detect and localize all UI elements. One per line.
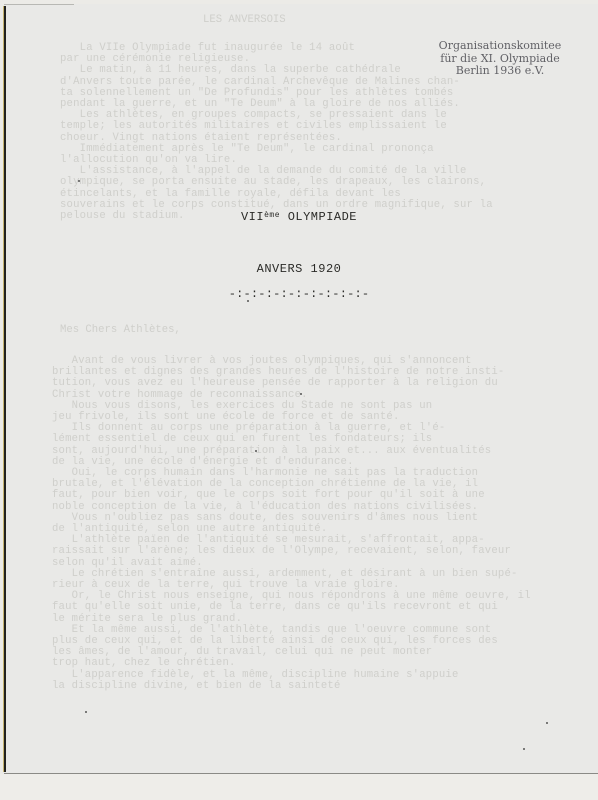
separator-line: -:-:-:-:-:-:-:-:-:-: [0, 287, 598, 301]
city-year: ANVERS 1920: [0, 262, 598, 276]
stamp-line-1: Organisationskomitee: [425, 40, 575, 53]
dust-speck: [85, 711, 87, 713]
title-word: OLYMPIADE: [280, 210, 357, 224]
dust-speck: [78, 180, 80, 182]
show-through-salutation: Mes Chers Athlètes,: [60, 324, 181, 336]
title-numeral: VII: [241, 210, 264, 224]
dust-speck: [523, 748, 525, 750]
dust-speck: [255, 450, 257, 452]
title-ordinal: ème: [264, 211, 280, 220]
dust-speck: [247, 300, 249, 302]
page-top-edge: [4, 4, 74, 5]
archive-stamp: Organisationskomitee für die XI. Olympia…: [425, 40, 575, 78]
olympiad-title: VIIème OLYMPIADE: [0, 210, 598, 224]
show-through-heading: LES ANVERSOIS: [203, 14, 286, 26]
dust-speck: [546, 722, 548, 724]
scan-background: [0, 774, 598, 800]
page-left-edge: [4, 6, 6, 772]
stamp-line-3: Berlin 1936 e.V.: [425, 65, 575, 78]
show-through-body-text: Avant de vous livrer à vos joutes olympi…: [52, 356, 572, 692]
dust-speck: [300, 393, 302, 395]
